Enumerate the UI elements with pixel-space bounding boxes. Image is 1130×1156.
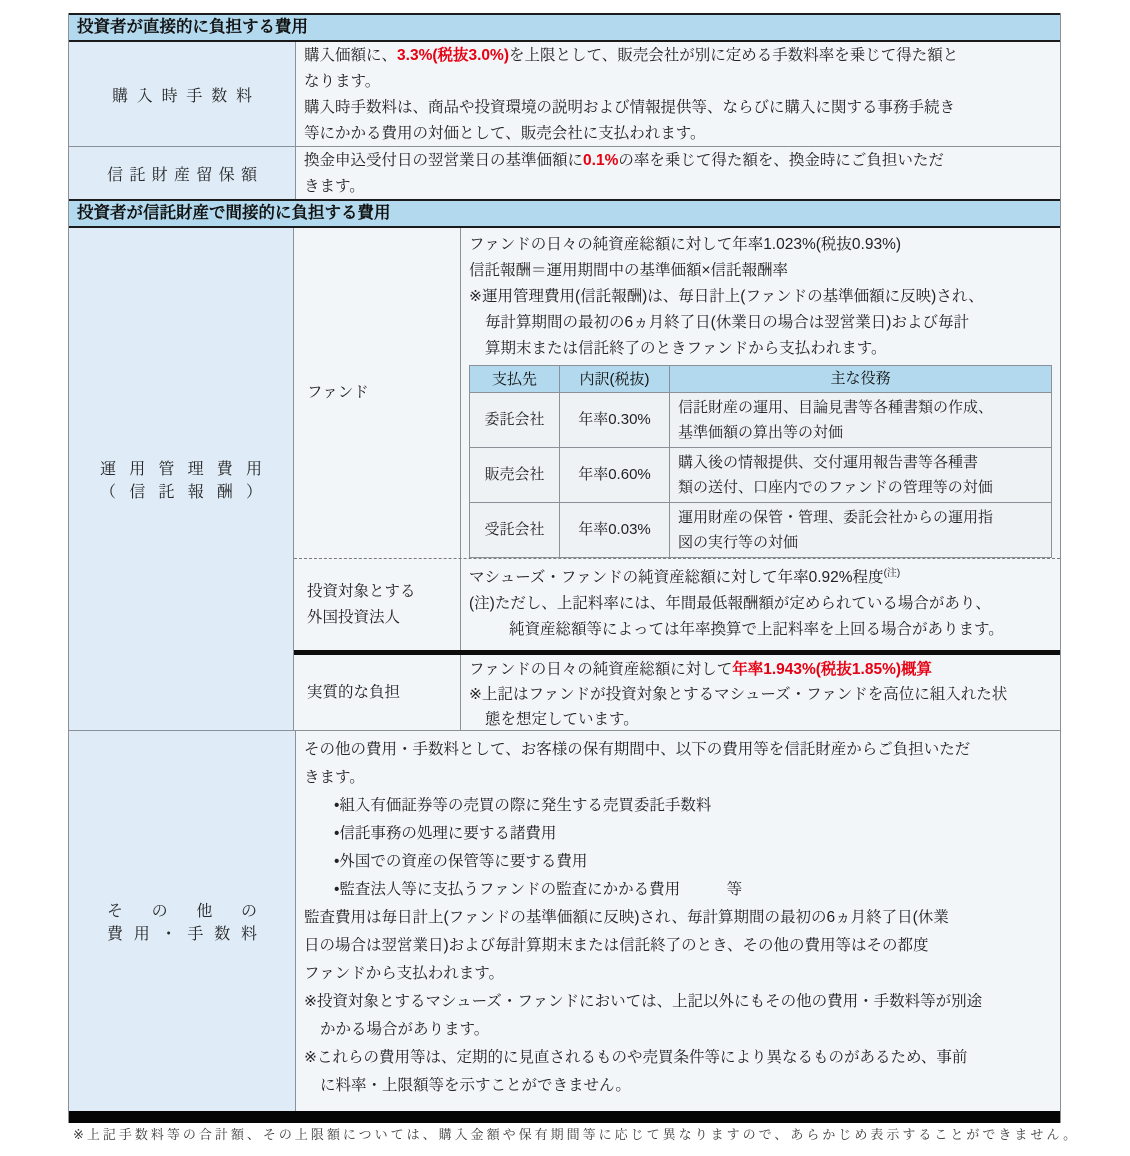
effective-rate-highlight: 年率1.943%(税抜1.85%)概算: [732, 661, 932, 678]
text-line: ※投資対象とするマシューズ・ファンドにおいては、上記以外にもその他の費用・手数料…: [304, 988, 1050, 1016]
other-fees-label-cell: その他の 費用・手数料: [69, 731, 296, 1111]
text-line: 日の場合は翌営業日)および毎計算期末または信託終了のとき、その他の費用等はその都…: [304, 932, 1050, 960]
payee-table-header: 支払先 内訳(税抜) 主な役務: [470, 366, 1051, 392]
header-payee: 支払先: [470, 366, 560, 392]
foreign-sublabel-line1: 投資対象とする: [307, 579, 460, 605]
payee-rate: 年率0.60%: [560, 448, 670, 502]
text-line: ファンドから支払われます。: [304, 960, 1050, 988]
management-fee-label-cell: 運用管理費用 （信託報酬）: [69, 228, 294, 730]
text-line: 態を想定しています。: [469, 707, 1052, 732]
bullet-item: •監査法人等に支払うファンドの監査にかかる費用 等: [304, 876, 1050, 904]
purchase-fee-content: 購入価額に、3.3%(税抜3.0%)を上限として、販売会社が別に定める手数料率を…: [296, 42, 1060, 146]
text-line: 純資産総額等によっては年率換算で上記料率を上回る場合があります。: [469, 617, 1052, 643]
fund-sublabel-cell: ファンド: [294, 228, 461, 558]
text-line: その他の費用・手数料として、お客様の保有期間中、以下の費用等を信託財産からご負担…: [304, 736, 1050, 764]
footer-note: ※上記手数料等の合計額、その上限額については、購入金額や保有期間等に応じて異なり…: [73, 1124, 1079, 1143]
text-line: きます。: [304, 174, 1050, 200]
bullet-item: •外国での資産の保管等に要する費用: [304, 848, 1050, 876]
subrow-effective-burden: 実質的な負担 ファンドの日々の純資産総額に対して年率1.943%(税抜1.85%…: [294, 655, 1060, 730]
payee-role: 運用財産の保管・管理、委託会社からの運用指 図の実行等の対価: [670, 503, 1051, 557]
payee-name: 販売会社: [470, 448, 560, 502]
payee-rate: 年率0.30%: [560, 393, 670, 447]
text-line: 毎計算期間の最初の6ヵ月終了日(休業日の場合は翌営業日)および毎計: [469, 310, 1052, 336]
reserve-fee-label-cell: 信託財産留保額: [69, 147, 296, 199]
payee-role: 信託財産の運用、目論見書等各種書類の作成、 基準価額の算出等の対価: [670, 393, 1051, 447]
text-line: 換金申込受付日の翌営業日の基準価額に0.1%の率を乗じて得た額を、換金時にご負担…: [304, 148, 1050, 174]
text-line: ※上記はファンドが投資対象とするマシューズ・ファンドを高位に組入れた状: [469, 682, 1052, 707]
text-line: 購入時手数料は、商品や投資環境の説明および情報提供等、ならびに購入に関する事務手…: [304, 95, 1050, 121]
reserve-fee-content: 換金申込受付日の翌営業日の基準価額に0.1%の率を乗じて得た額を、換金時にご負担…: [296, 147, 1060, 199]
text-line: ファンドの日々の純資産総額に対して年率1.943%(税抜1.85%)概算: [469, 657, 1052, 682]
text-line: かかる場合があります。: [304, 1016, 1050, 1044]
purchase-fee-label-cell: 購入時手数料: [69, 42, 296, 146]
table-row-jutaku: 受託会社 年率0.03% 運用財産の保管・管理、委託会社からの運用指 図の実行等…: [470, 502, 1051, 557]
management-fee-subrows: ファンド ファンドの日々の純資産総額に対して年率1.023%(税抜0.93%) …: [294, 228, 1060, 730]
fee-table: 投資者が直接的に負担する費用 購入時手数料 購入価額に、3.3%(税抜3.0%)…: [68, 13, 1061, 1123]
section-header-indirect-fees: 投資者が信託財産で間接的に負担する費用: [69, 199, 1060, 228]
subrow-foreign-investment: 投資対象とする 外国投資法人 マシューズ・ファンドの純資産総額に対して年率0.9…: [294, 558, 1060, 650]
bullet-item: •信託事務の処理に要する諸費用: [304, 820, 1050, 848]
other-fees-content: その他の費用・手数料として、お客様の保有期間中、以下の費用等を信託財産からご負担…: [296, 731, 1060, 1111]
purchase-fee-label: 購入時手数料: [112, 83, 252, 106]
payee-role: 購入後の情報提供、交付運用報告書等各種書 類の送付、口座内でのファンドの管理等の…: [670, 448, 1051, 502]
fee-table-page: 投資者が直接的に負担する費用 購入時手数料 購入価額に、3.3%(税抜3.0%)…: [0, 0, 1130, 1156]
header-rate: 内訳(税抜): [560, 366, 670, 392]
text-line: 信託報酬＝運用期間中の基準価額×信託報酬率: [469, 258, 1052, 284]
payee-rate: 年率0.03%: [560, 503, 670, 557]
note-superscript: (注): [884, 568, 901, 579]
fund-sublabel: ファンド: [307, 380, 460, 406]
text-line: ファンドの日々の純資産総額に対して年率1.023%(税抜0.93%): [469, 232, 1052, 258]
other-fees-label-line2: 費用・手数料: [107, 921, 257, 944]
purchase-fee-rate-highlight: 3.3%(税抜3.0%): [397, 47, 509, 64]
table-row-itaku: 委託会社 年率0.30% 信託財産の運用、目論見書等各種書類の作成、 基準価額の…: [470, 392, 1051, 447]
bullet-item: •組入有価証券等の売買の際に発生する売買委託手数料: [304, 792, 1050, 820]
reserve-fee-rate-highlight: 0.1%: [583, 152, 618, 169]
foreign-sublabel-line2: 外国投資法人: [307, 605, 460, 631]
text-line: (注)ただし、上記料率には、年間最低報酬額が定められている場合があり、: [469, 591, 1052, 617]
effective-content: ファンドの日々の純資産総額に対して年率1.943%(税抜1.85%)概算 ※上記…: [461, 655, 1060, 730]
row-reserve-fee: 信託財産留保額 換金申込受付日の翌営業日の基準価額に0.1%の率を乗じて得た額を…: [69, 147, 1060, 199]
table-row-hanbai: 販売会社 年率0.60% 購入後の情報提供、交付運用報告書等各種書 類の送付、口…: [470, 447, 1051, 502]
text-line: ※運用管理費用(信託報酬)は、毎日計上(ファンドの基準価額に反映)され、: [469, 284, 1052, 310]
management-fee-label-line1: 運用管理費用: [100, 456, 262, 479]
payee-name: 受託会社: [470, 503, 560, 557]
text-line: 購入価額に、3.3%(税抜3.0%)を上限として、販売会社が別に定める手数料率を…: [304, 43, 1050, 69]
fund-content: ファンドの日々の純資産総額に対して年率1.023%(税抜0.93%) 信託報酬＝…: [461, 228, 1060, 558]
bottom-black-bar: [69, 1111, 1060, 1123]
row-management-fee: 運用管理費用 （信託報酬） ファンド ファンドの日々の純資産総額に対して年率1.…: [69, 228, 1060, 731]
other-fees-label-line1: その他の: [107, 898, 257, 921]
text-line: 等にかかる費用の対価として、販売会社に支払われます。: [304, 121, 1050, 147]
section-header-direct-fees: 投資者が直接的に負担する費用: [69, 13, 1060, 42]
foreign-sublabel-cell: 投資対象とする 外国投資法人: [294, 559, 461, 650]
payee-breakdown-table: 支払先 内訳(税抜) 主な役務 委託会社 年率0.30% 信託財産の運用、目論見…: [469, 365, 1052, 558]
effective-sublabel-cell: 実質的な負担: [294, 655, 461, 730]
payee-name: 委託会社: [470, 393, 560, 447]
subrow-fund: ファンド ファンドの日々の純資産総額に対して年率1.023%(税抜0.93%) …: [294, 228, 1060, 558]
text-line: ※これらの費用等は、定期的に見直されるものや売買条件等により異なるものがあるため…: [304, 1044, 1050, 1072]
text-line: マシューズ・ファンドの純資産総額に対して年率0.92%程度(注): [469, 565, 1052, 591]
management-fee-label-line2: （信託報酬）: [100, 479, 262, 502]
text-line: 監査費用は毎日計上(ファンドの基準価額に反映)され、毎計算期間の最初の6ヵ月終了…: [304, 904, 1050, 932]
reserve-fee-label: 信託財産留保額: [107, 162, 257, 185]
text-line: なります。: [304, 69, 1050, 95]
row-purchase-fee: 購入時手数料 購入価額に、3.3%(税抜3.0%)を上限として、販売会社が別に定…: [69, 42, 1060, 147]
text-line: きます。: [304, 764, 1050, 792]
foreign-content: マシューズ・ファンドの純資産総額に対して年率0.92%程度(注) (注)ただし、…: [461, 559, 1060, 650]
effective-sublabel: 実質的な負担: [307, 680, 460, 706]
row-other-fees: その他の 費用・手数料 その他の費用・手数料として、お客様の保有期間中、以下の費…: [69, 731, 1060, 1111]
header-role: 主な役務: [670, 366, 1051, 392]
text-line: 算期末または信託終了のときファンドから支払われます。: [469, 336, 1052, 362]
text-line: に料率・上限額等を示すことができません。: [304, 1072, 1050, 1100]
